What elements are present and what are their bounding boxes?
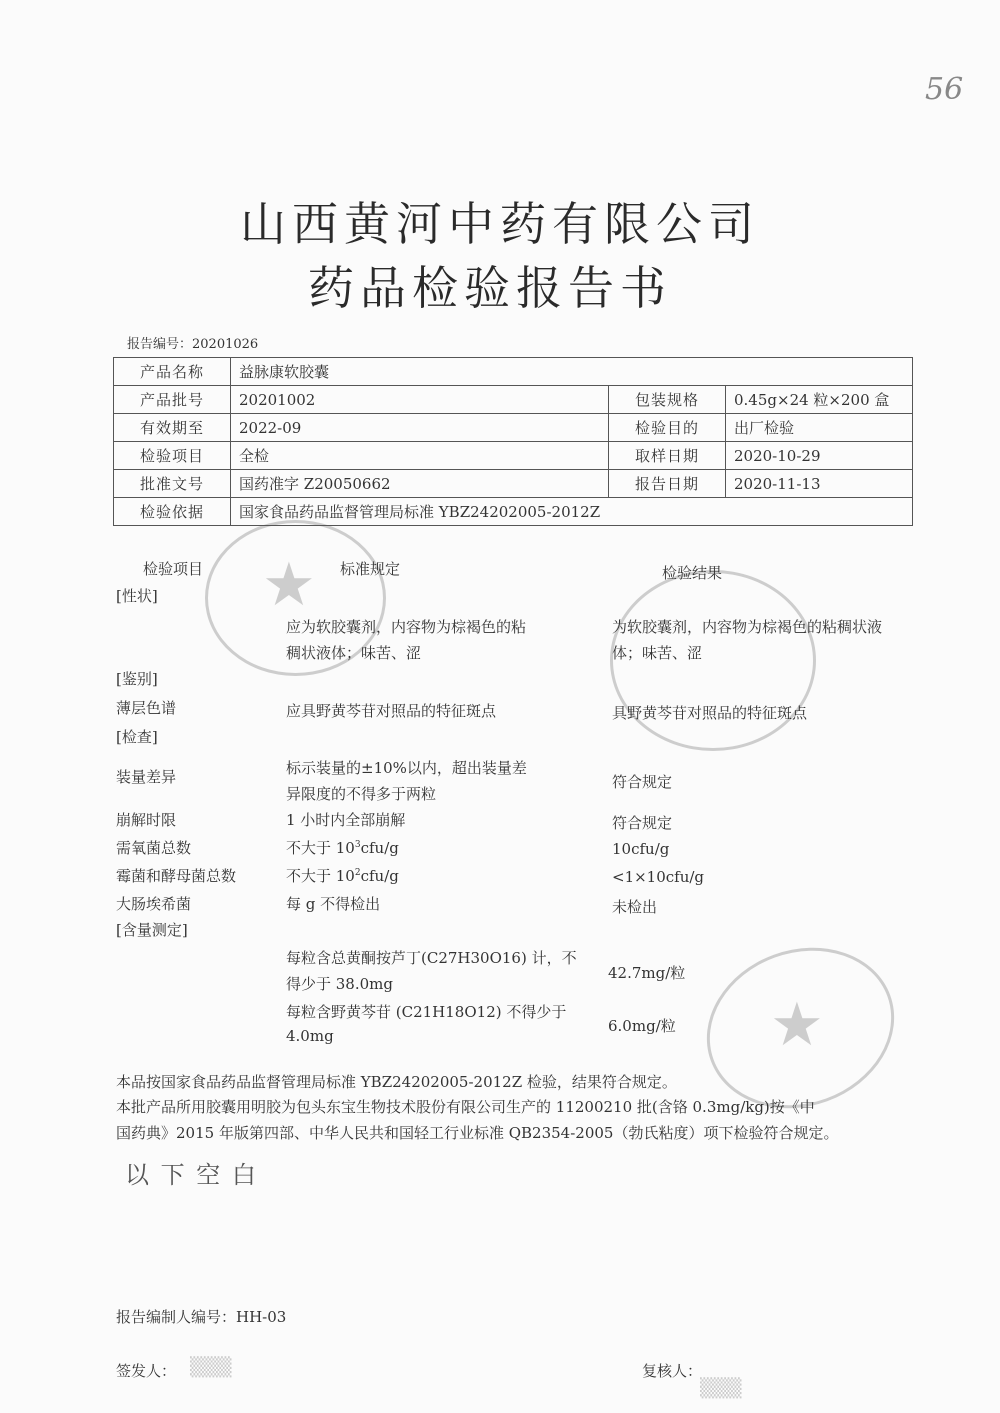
disintegration-standard: 1 小时内全部崩解 [286, 809, 405, 830]
header-standard: 标准规定 [340, 558, 400, 579]
character-result-2: 体；味苦、涩 [612, 642, 702, 663]
value-approval-no: 国药准字 Z20050662 [231, 470, 609, 498]
stamp-star-icon: ★ [770, 990, 824, 1060]
company-name: 山西黄河中药有限公司 [0, 188, 1000, 254]
table-row: 检验依据 国家食品药品监督管理局标准 YBZ24202005-2012Z [114, 498, 913, 526]
tlc-item: 薄层色谱 [116, 697, 176, 718]
conclusion-line-1: 本品按国家食品药品监督管理局标准 YBZ24202005-2012Z 检验，结果… [116, 1071, 677, 1092]
value-expiry: 2022-09 [231, 414, 609, 442]
mold-item: 霉菌和酵母菌总数 [116, 865, 236, 886]
stamp-star-icon: ★ [262, 550, 316, 620]
section-assay: [含量测定] [116, 919, 188, 940]
issuer-label: 签发人： [116, 1360, 176, 1381]
report-title: 药品检验报告书 [0, 252, 1000, 318]
compiler-id: 报告编制人编号：HH-03 [116, 1306, 286, 1327]
report-number-label: 报告编号： [127, 337, 192, 352]
tlc-standard: 应具野黄芩苷对照品的特征斑点 [286, 700, 496, 721]
table-row: 检验项目 全检 取样日期 2020-10-29 [114, 442, 913, 470]
section-identification: [鉴别] [116, 668, 158, 689]
ecoli-standard: 每 g 不得检出 [286, 893, 380, 914]
table-row: 产品批号 20201002 包装规格 0.45g×24 粒×200 盒 [114, 386, 913, 414]
tlc-result: 具野黄芩苷对照品的特征斑点 [612, 702, 807, 723]
blank-below-note: 以 下 空 白 [125, 1155, 258, 1190]
table-row: 有效期至 2022-09 检验目的 出厂检验 [114, 414, 913, 442]
fill-weight-item: 装量差异 [116, 766, 176, 787]
disintegration-result: 符合规定 [612, 812, 672, 833]
product-info-table: 产品名称 益脉康软胶囊 产品批号 20201002 包装规格 0.45g×24 … [113, 357, 913, 526]
label-basis: 检验依据 [114, 498, 231, 526]
value-sample-date: 2020-10-29 [726, 442, 913, 470]
scutellarin-standard-1: 每粒含野黄芩苷 (C21H18O12) 不得少于 [286, 1001, 566, 1022]
value-batch-no: 20201002 [231, 386, 609, 414]
character-result-1: 为软胶囊剂，内容物为棕褐色的粘稠状液 [612, 616, 882, 637]
ecoli-item: 大肠埃希菌 [116, 893, 191, 914]
report-number: 报告编号：20201026 [127, 333, 258, 352]
fill-weight-result: 符合规定 [612, 771, 672, 792]
label-approval-no: 批准文号 [114, 470, 231, 498]
label-product-name: 产品名称 [114, 358, 231, 386]
label-sample-date: 取样日期 [609, 442, 726, 470]
fill-weight-standard-2: 异限度的不得多于两粒 [286, 783, 436, 804]
aerobic-result: 10cfu/g [612, 840, 669, 858]
flavonoids-result: 42.7mg/粒 [608, 962, 685, 983]
ecoli-result: 未检出 [612, 896, 657, 917]
fill-weight-standard-1: 标示装量的±10%以内，超出装量差 [286, 757, 527, 778]
aerobic-standard: 不大于 103cfu/g [286, 837, 399, 858]
value-report-date: 2020-11-13 [726, 470, 913, 498]
label-items: 检验项目 [114, 442, 231, 470]
table-row: 产品名称 益脉康软胶囊 [114, 358, 913, 386]
section-character: [性状] [116, 585, 158, 606]
aerobic-item: 需氧菌总数 [116, 837, 191, 858]
header-item: 检验项目 [143, 558, 203, 579]
value-items: 全检 [231, 442, 609, 470]
conclusion-line-3: 国药典》2015 年版第四部、中华人民共和国轻工行业标准 QB2354-2005… [116, 1122, 838, 1143]
reviewer-signature: ▒▒▒ [700, 1378, 742, 1399]
value-package-spec: 0.45g×24 粒×200 盒 [726, 386, 913, 414]
label-expiry: 有效期至 [114, 414, 231, 442]
page-number-mark: 56 [925, 72, 963, 107]
aerobic-standard-text: 不大于 10 [286, 839, 355, 857]
aerobic-standard-unit: cfu/g [361, 839, 399, 857]
flavonoids-standard-1: 每粒含总黄酮按芦丁(C27H30O16) 计，不 [286, 947, 577, 968]
issuer-signature: ▒▒▒ [190, 1357, 232, 1378]
mold-standard-unit: cfu/g [361, 867, 399, 885]
conclusion-line-2: 本批产品所用胶囊用明胶为包头东宝生物技术股份有限公司生产的 11200210 批… [116, 1096, 815, 1117]
report-number-value: 20201026 [192, 337, 258, 352]
label-package-spec: 包装规格 [609, 386, 726, 414]
scutellarin-standard-2: 4.0mg [286, 1027, 334, 1045]
character-standard-2: 稠状液体；味苦、涩 [286, 642, 421, 663]
disintegration-item: 崩解时限 [116, 809, 176, 830]
character-standard-1: 应为软胶囊剂，内容物为棕褐色的粘 [286, 616, 526, 637]
value-basis: 国家食品药品监督管理局标准 YBZ24202005-2012Z [231, 498, 913, 526]
table-row: 批准文号 国药准字 Z20050662 报告日期 2020-11-13 [114, 470, 913, 498]
mold-result: <1×10cfu/g [612, 868, 704, 886]
section-inspection: [检查] [116, 726, 158, 747]
reviewer-label: 复核人： [642, 1360, 702, 1381]
value-product-name: 益脉康软胶囊 [231, 358, 913, 386]
mold-standard-text: 不大于 10 [286, 867, 355, 885]
label-batch-no: 产品批号 [114, 386, 231, 414]
header-result: 检验结果 [662, 562, 722, 583]
mold-standard: 不大于 102cfu/g [286, 865, 399, 886]
value-purpose: 出厂检验 [726, 414, 913, 442]
scutellarin-result: 6.0mg/粒 [608, 1015, 676, 1036]
label-purpose: 检验目的 [609, 414, 726, 442]
flavonoids-standard-2: 得少于 38.0mg [286, 973, 393, 994]
label-report-date: 报告日期 [609, 470, 726, 498]
